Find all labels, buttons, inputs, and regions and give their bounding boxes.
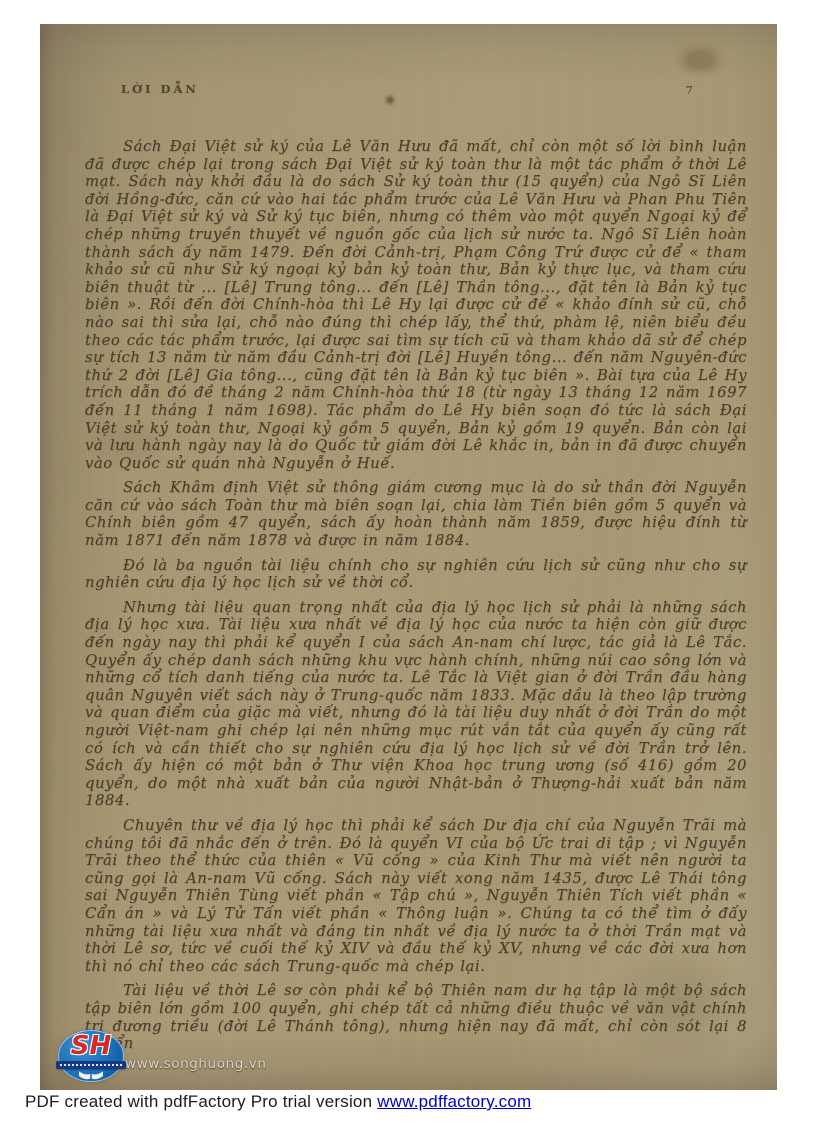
paragraph: Sách Khâm định Việt sử thông giám cương …	[85, 479, 747, 549]
logo-circle: SH	[58, 1030, 124, 1082]
paragraph: Nhưng tài liệu quan trọng nhất của địa l…	[85, 599, 747, 810]
logo-banner	[56, 1061, 126, 1069]
running-header: LỜI DẪN 7	[85, 82, 745, 100]
paragraph: Tài liệu về thời Lê sơ còn phải kể bộ Th…	[85, 982, 747, 1052]
pdffactory-footer: PDF created with pdfFactory Pro trial ve…	[25, 1092, 531, 1112]
logo-initials: SH	[59, 1032, 123, 1060]
paragraph: Sách Đại Việt sử ký của Lê Văn Hưu đã mấ…	[85, 138, 747, 472]
paragraph: Đó là ba nguồn tài liệu chính cho sự ngh…	[85, 557, 747, 592]
watermark-site-url: www.songhuong.vn	[125, 1056, 267, 1072]
songhuong-logo: SH	[58, 1030, 126, 1084]
paragraph: Chuyên thư về địa lý học thì phải kể sác…	[85, 817, 747, 975]
page-number: 7	[685, 84, 693, 97]
open-book-icon	[76, 1070, 106, 1082]
running-header-title: LỜI DẪN	[121, 82, 199, 96]
pdffactory-footer-text: PDF created with pdfFactory Pro trial ve…	[25, 1092, 372, 1111]
scanned-book-page: LỜI DẪN 7 Sách Đại Việt sử ký của Lê Văn…	[40, 24, 777, 1090]
pdffactory-link[interactable]: www.pdffactory.com	[377, 1092, 531, 1111]
page-body-text: Sách Đại Việt sử ký của Lê Văn Hưu đã mấ…	[85, 138, 747, 1060]
